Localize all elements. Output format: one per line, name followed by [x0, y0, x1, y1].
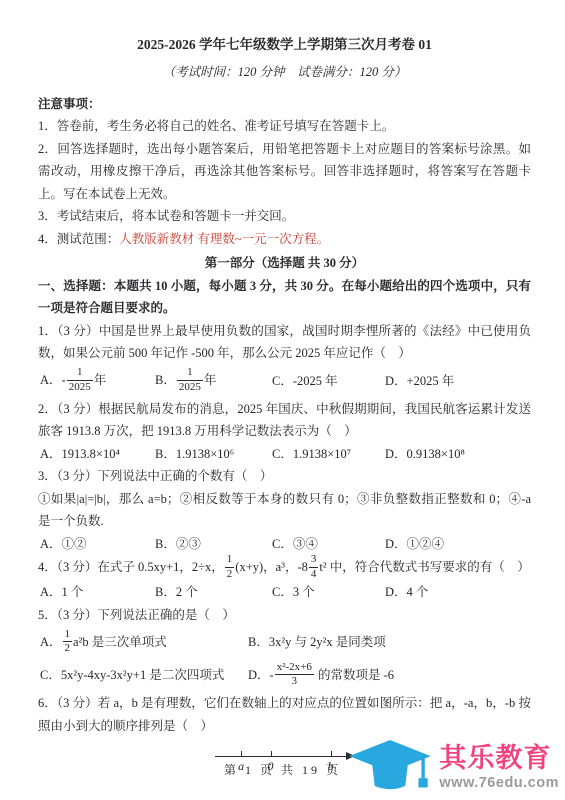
q5-option-c: C．5x²y-4xy-3x²y+1 是二次四项式: [40, 664, 248, 687]
question-1-options: A．-12025年 B．12025年 C．-2025 年 D．+2025 年: [40, 365, 531, 398]
page-title: 2025-2026 学年七年级数学上学期第三次月考卷 01: [38, 36, 531, 54]
q5-option-d: D．-x²-2x+63 的常数项是 -6: [248, 663, 531, 689]
notice-item-4-scope: 人教版新教材 有理数~一元一次方程。: [119, 232, 329, 246]
notice-item-4: 4．测试范围：人教版新教材 有理数~一元一次方程。: [38, 228, 531, 251]
q3-option-c: C．③④: [272, 533, 385, 556]
q2-option-c: C．1.9138×10⁷: [272, 443, 385, 466]
question-5-options-row-2: C．5x²y-4xy-3x²y+1 是二次四项式 D．-x²-2x+63 的常数…: [40, 659, 531, 692]
fraction: 12025: [67, 367, 93, 393]
qile-education-logo: 其乐教育 www.76edu.com: [347, 740, 559, 796]
fraction: x²-2x+63: [275, 662, 314, 688]
notice-item-3: 3．考试结束后，将本试卷和答题卡一并交回。: [38, 205, 531, 228]
q3-option-b: B．②③: [155, 533, 272, 556]
question-3-statements: ①如果|a|=|b|，那么 a=b；②相反数等于本身的数只有 0；③非负整数指正…: [38, 488, 531, 533]
question-4-text: 4．（3 分）在式子 0.5xy+1，2÷x，12(x+y)，a³，-834t²…: [38, 555, 531, 581]
question-1-text: 1．（3 分）中国是世界上最早使用负数的国家，战国时期李悝所著的《法经》中已使用…: [38, 320, 531, 365]
q4-option-b: B．2 个: [155, 581, 272, 604]
logo-brand-name: 其乐教育: [439, 745, 559, 772]
fraction: 12025: [177, 367, 203, 393]
page-content: 2025-2026 学年七年级数学上学期第三次月考卷 01 （考试时间：120 …: [38, 36, 531, 778]
question-6-text: 6．（3 分）若 a，b 是有理数，它们在数轴上的对应点的位置如图所示：把 a，…: [38, 692, 531, 737]
logo-text-block: 其乐教育 www.76edu.com: [439, 745, 559, 791]
question-4-options: A．1 个 B．2 个 C．3 个 D．4 个: [40, 581, 531, 604]
q1-option-b: B．12025年: [155, 368, 272, 394]
q2-option-b: B．1.9138×10⁶: [155, 443, 272, 466]
q5-option-a: A．12a²b 是三次单项式: [40, 630, 248, 656]
choice-section-instructions: 一、选择题：本题共 10 小题，每小题 3 分，共 30 分。在每小题给出的四个…: [38, 275, 531, 320]
question-5-options-row-1: A．12a²b 是三次单项式 B．3x²y 与 2y²x 是同类项: [40, 626, 531, 659]
question-3-text: 3．（3 分）下列说法中正确的个数有（ ）: [38, 465, 531, 488]
notices-heading: 注意事项：: [38, 93, 531, 115]
q3-option-d: D．①②④: [385, 533, 531, 556]
question-2-options: A．1913.8×10⁴ B．1.9138×10⁶ C．1.9138×10⁷ D…: [40, 443, 531, 466]
exam-paper-page: 2025-2026 学年七年级数学上学期第三次月考卷 01 （考试时间：120 …: [0, 0, 565, 800]
q3-option-a: A．①②: [40, 533, 155, 556]
number-line-axis: [215, 756, 347, 757]
notice-item-2: 2．回答选择题时，选出每小题答案后，用铅笔把答题卡上对应题目的答案标号涂黑。如需…: [38, 138, 531, 206]
q1-option-c: C．-2025 年: [272, 370, 385, 393]
q2-option-a: A．1913.8×10⁴: [40, 443, 155, 466]
question-2-text: 2．（3 分）根据民航局发布的消息，2025 年国庆、中秋假期期间，我国民航客运…: [38, 398, 531, 443]
logo-website-url: www.76edu.com: [439, 776, 559, 791]
q1-option-a: A．-12025年: [40, 368, 155, 394]
notice-item-4-prefix: 4．测试范围：: [38, 232, 119, 246]
fraction: 12: [225, 554, 235, 580]
q2-option-d: D．0.9138×10⁸: [385, 443, 531, 466]
tick-a: [241, 751, 242, 757]
question-5-text: 5．（3 分）下列说法正确的是（ ）: [38, 604, 531, 627]
fraction: 12: [63, 629, 73, 655]
exam-time-score-line: （考试时间：120 分钟 试卷满分：120 分）: [38, 64, 531, 80]
q4-option-c: C．3 个: [272, 581, 385, 604]
q4-option-a: A．1 个: [40, 581, 155, 604]
q1-option-d: D．+2025 年: [385, 370, 531, 393]
tick-zero: [271, 751, 272, 757]
graduation-cap-icon: [347, 740, 433, 796]
part-one-title: 第一部分（选择题 共 30 分）: [38, 252, 531, 275]
q4-option-d: D．4 个: [385, 581, 531, 604]
fraction: 34: [309, 554, 319, 580]
tick-b: [331, 751, 332, 757]
notice-item-1: 1．答卷前，考生务必将自己的姓名、准考证号填写在答题卡上。: [38, 115, 531, 138]
q5-option-b: B．3x²y 与 2y²x 是同类项: [248, 631, 531, 654]
question-3-options: A．①② B．②③ C．③④ D．①②④: [40, 533, 531, 556]
